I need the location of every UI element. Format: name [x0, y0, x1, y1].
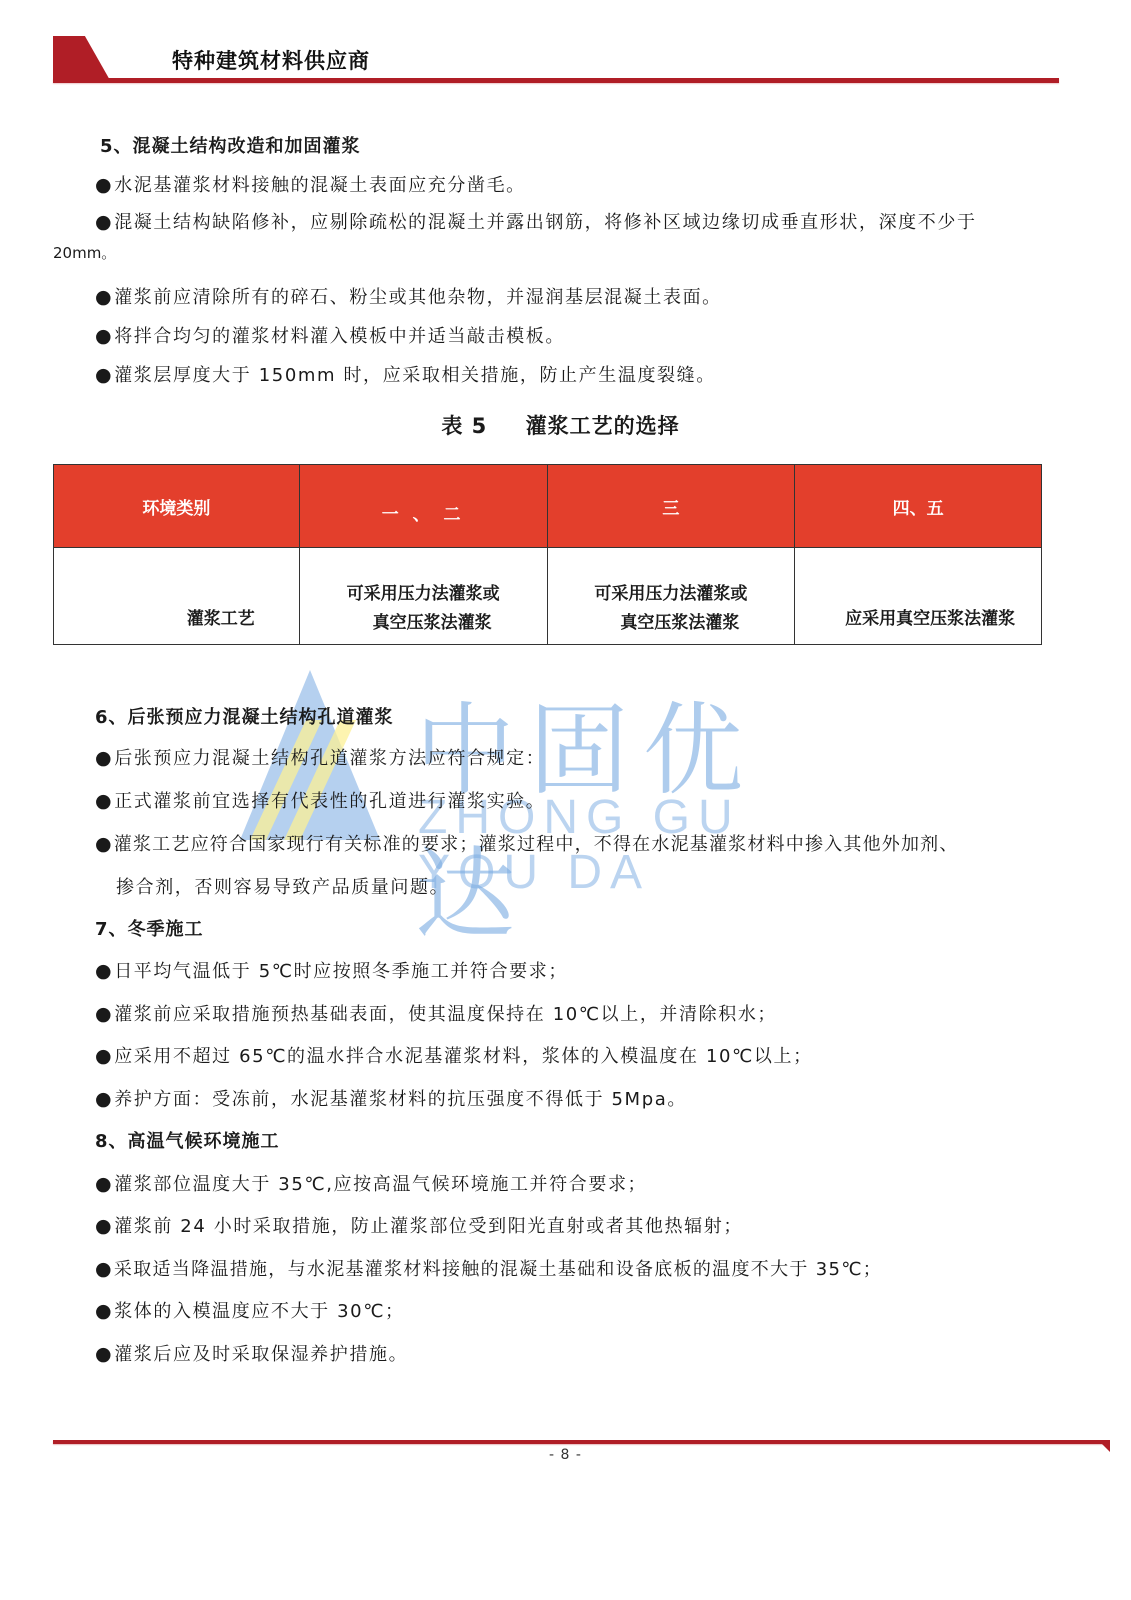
table-cell: 可采用压力法灌浆或 真空压浆法灌浆	[299, 548, 547, 645]
bullet-item: 将拌合均匀的灌浆材料灌入模板中并适当敲击模板。	[95, 322, 565, 348]
bullet-item: 浆体的入模温度应不大于 30℃；	[95, 1297, 405, 1323]
bullet-item: 日平均气温低于 5℃时应按照冬季施工并符合要求；	[95, 957, 568, 983]
bullet-item: 采取适当降温措施，与水泥基灌浆材料接触的混凝土基础和设备底板的温度不大于 35℃…	[95, 1255, 882, 1281]
table-header-cell: 环境类别	[54, 465, 300, 548]
bullet-item: 应采用不超过 65℃的温水拌合水泥基灌浆材料，浆体的入模温度在 10℃以上；	[95, 1042, 813, 1068]
bullet-continuation: 20mm。	[53, 242, 116, 263]
bullet-item: 灌浆部位温度大于 35℃,应按高温气候环境施工并符合要求；	[95, 1170, 647, 1196]
page-number: - 8 -	[0, 1447, 1131, 1463]
bullet-item: 水泥基灌浆材料接触的混凝土表面应充分凿毛。	[95, 171, 526, 197]
bullet-item: 灌浆前 24 小时采取措施，防止灌浆部位受到阳光直射或者其他热辐射；	[95, 1212, 743, 1238]
watermark-stripe	[284, 720, 356, 840]
bullet-item: 正式灌浆前宜选择有代表性的孔道进行灌浆实验。	[95, 787, 545, 813]
table-cell-line: 真空压浆法灌浆	[548, 609, 795, 638]
section-heading: 7、冬季施工	[95, 915, 204, 941]
bullet-item: 灌浆前应清除所有的碎石、粉尘或其他杂物，并湿润基层混凝土表面。	[95, 283, 722, 309]
bullet-item: 灌浆前应采取措施预热基础表面，使其温度保持在 10℃以上，并清除积水；	[95, 1000, 777, 1026]
table-cell-line: 可采用压力法灌浆或	[548, 580, 795, 609]
table-header-row: 环境类别 一 、 二 三 四、五	[54, 465, 1042, 548]
footer-divider	[53, 1440, 1103, 1444]
table-row-label: 灌浆工艺	[54, 548, 300, 645]
section-heading: 8、高温气候环境施工	[95, 1127, 280, 1153]
table-cell-line: 可采用压力法灌浆或	[300, 580, 547, 609]
watermark-stripe	[250, 720, 322, 840]
bullet-item: 灌浆工艺应符合国家现行有关标准的要求；灌浆过程中，不得在水泥基灌浆材料中掺入其他…	[95, 830, 959, 856]
table-cell: 应采用真空压浆法灌浆	[795, 548, 1042, 645]
bullet-item: 灌浆层厚度大于 150mm 时，应采取相关措施，防止产生温度裂缝。	[95, 361, 716, 387]
section-heading: 5、混凝土结构改造和加固灌浆	[100, 132, 361, 158]
header-divider	[53, 78, 1059, 83]
watermark-text-cn: 中固优达	[415, 670, 860, 958]
header-accent-tab	[53, 36, 111, 82]
bullet-item: 养护方面：受冻前，水泥基灌浆材料的抗压强度不得低于 5Mpa。	[95, 1085, 687, 1111]
grouting-process-table: 环境类别 一 、 二 三 四、五 灌浆工艺 可采用压力法灌浆或 真空压浆法灌浆 …	[53, 464, 1042, 645]
bullet-item: 灌浆后应及时采取保湿养护措施。	[95, 1340, 408, 1366]
table-row-label-text: 灌浆工艺	[187, 609, 255, 629]
header-title: 特种建筑材料供应商	[172, 45, 370, 75]
section-heading: 6、后张预应力混凝土结构孔道灌浆	[95, 703, 394, 729]
table-caption-number: 表 5	[441, 414, 487, 438]
table-caption-title: 灌浆工艺的选择	[526, 414, 680, 438]
table-header-cell: 三	[547, 465, 795, 548]
table-cell-line: 应采用真空压浆法灌浆	[819, 605, 1041, 634]
table-caption: 表 5 灌浆工艺的选择	[0, 410, 1131, 440]
table-cell: 可采用压力法灌浆或 真空压浆法灌浆	[547, 548, 795, 645]
bullet-continuation: 掺合剂，否则容易导致产品质量问题。	[116, 873, 449, 899]
table-header-cell: 四、五	[795, 465, 1042, 548]
table-row: 灌浆工艺 可采用压力法灌浆或 真空压浆法灌浆 可采用压力法灌浆或 真空压浆法灌浆…	[54, 548, 1042, 645]
table-header-cell: 一 、 二	[299, 465, 547, 548]
bullet-item: 后张预应力混凝土结构孔道灌浆方法应符合规定：	[95, 744, 545, 770]
table-cell-line: 真空压浆法灌浆	[300, 609, 547, 638]
page-header: 特种建筑材料供应商	[0, 0, 1131, 100]
bullet-item: 混凝土结构缺陷修补，应剔除疏松的混凝土并露出钢筋，将修补区域边缘切成垂直形状，深…	[95, 208, 977, 234]
